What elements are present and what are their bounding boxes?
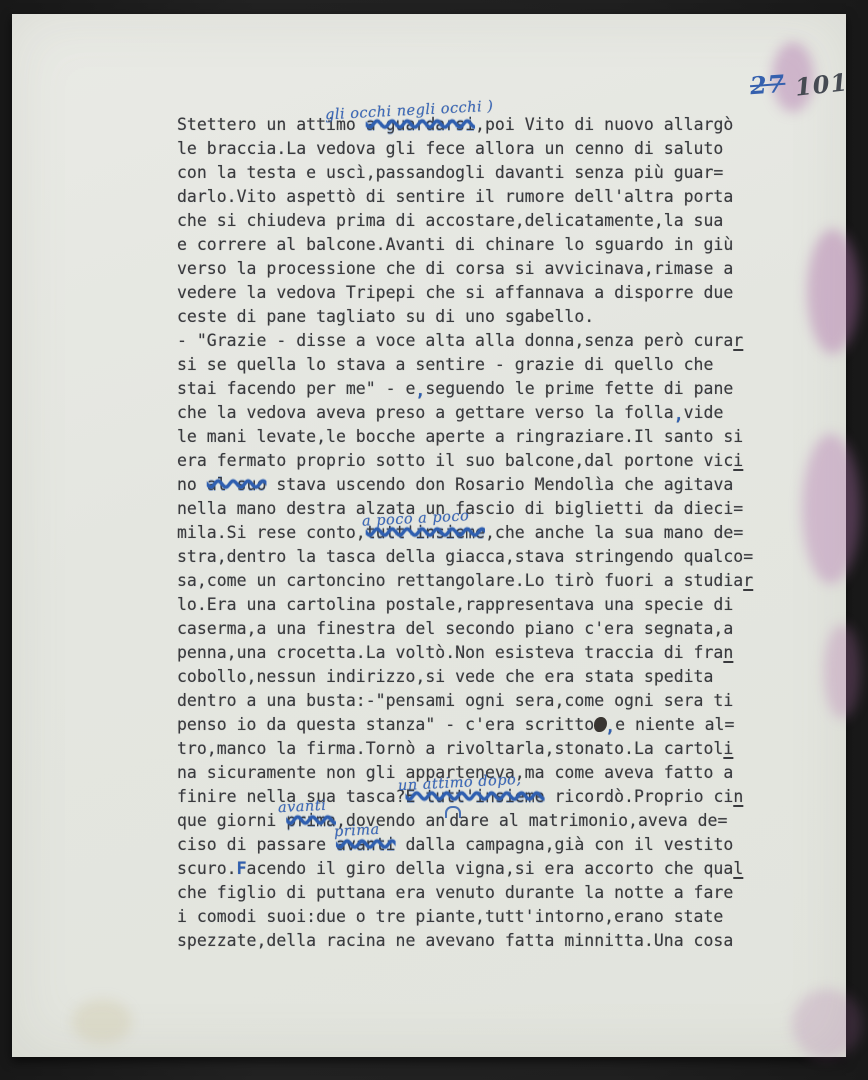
text-line: dentro a una busta:-"pensami ogni sera,c… xyxy=(177,689,777,713)
inserted-comma: , xyxy=(674,403,684,427)
continuation-underline: r xyxy=(743,571,753,590)
typed-text: dare al matrimonio,aveva de= xyxy=(449,811,727,830)
text-line: ciso di passare avanti dalla campagna,gi… xyxy=(177,833,777,857)
typed-text: ceste di pane tagliato su di uno sgabell… xyxy=(177,307,594,326)
continuation-underline: n xyxy=(733,787,743,806)
typed-text: e correre al balcone.Avanti di chinare l… xyxy=(177,235,733,254)
handwritten-note: avanti xyxy=(278,794,327,820)
paper-stain xyxy=(72,999,132,1044)
page-numbers: 27101 xyxy=(750,70,849,99)
text-line: Stettero un attimo a guardarsi,poi Vito … xyxy=(177,113,777,137)
typed-text: scuro. xyxy=(177,859,237,878)
typed-text: le braccia.La vedova gli fece allora un … xyxy=(177,139,723,158)
text-line: tro,manco la firma.Tornò a rivoltarla,st… xyxy=(177,737,777,761)
continuation-underline: l xyxy=(733,859,743,878)
typed-text: sa,come un cartoncino rettangolare.Lo ti… xyxy=(177,571,743,590)
text-line: si se quella lo stava a sentire - grazie… xyxy=(177,353,777,377)
text-line: - "Grazie - disse a voce alta alla donna… xyxy=(177,329,777,353)
typed-text: penna,una crocetta.La voltò.Non esisteva… xyxy=(177,643,723,662)
text-line: le braccia.La vedova gli fece allora un … xyxy=(177,137,777,161)
typed-text: che si chiudeva prima di accostare,delic… xyxy=(177,211,723,230)
text-line: i comodi suoi:due o tre piante,tutt'into… xyxy=(177,905,777,929)
text-line: verso la processione che di corsa si avv… xyxy=(177,257,777,281)
page-number-struck: 27 xyxy=(749,69,786,100)
text-line: finire nella sua tasca?E tutt'insieme ri… xyxy=(177,785,777,809)
text-line: era fermato proprio sotto il suo balcone… xyxy=(177,449,777,473)
typed-text: ricordò.Proprio ci xyxy=(545,787,734,806)
typescript-page: 27101 Stettero un attimo a guardarsi,poi… xyxy=(12,14,846,1057)
typed-text: era fermato proprio sotto il suo balcone… xyxy=(177,451,733,470)
inserted-comma: , xyxy=(415,379,425,403)
typed-text: vide xyxy=(684,403,724,422)
text-line: penna,una crocetta.La voltò.Non esisteva… xyxy=(177,641,777,665)
typed-text: dalla campagna,già con il vestito xyxy=(396,835,734,854)
typed-text: che figlio di puttana era venuto durante… xyxy=(177,883,733,902)
text-line: che la vedova aveva preso a gettare vers… xyxy=(177,401,777,425)
text-line: lo.Era una cartolina postale,rappresenta… xyxy=(177,593,777,617)
text-line: sa,come un cartoncino rettangolare.Lo ti… xyxy=(177,569,777,593)
text-line: no al suo stava uscendo don Rosario Mend… xyxy=(177,473,777,497)
text-line: stra,dentro la tasca della giacca,stava … xyxy=(177,545,777,569)
continuation-underline: i xyxy=(723,739,733,758)
text-line: e correre al balcone.Avanti di chinare l… xyxy=(177,233,777,257)
typed-text: le mani levate,le bocche aperte a ringra… xyxy=(177,427,743,446)
typed-text: stai facendo per me" - e xyxy=(177,379,415,398)
typed-text: verso la processione che di corsa si avv… xyxy=(177,259,733,278)
text-line: che si chiudeva prima di accostare,delic… xyxy=(177,209,777,233)
text-line: vedere la vedova Tripepi che si affannav… xyxy=(177,281,777,305)
handwritten-note: prima xyxy=(333,818,380,844)
text-line: caserma,a una finestra del secondo piano… xyxy=(177,617,777,641)
text-line: spezzate,della racina ne avevano fatta m… xyxy=(177,929,777,953)
typed-text: lo.Era una cartolina postale,rappresenta… xyxy=(177,595,733,614)
typed-text: che la vedova aveva preso a gettare vers… xyxy=(177,403,674,422)
typed-text: seguendo le prime fette di pane xyxy=(425,379,733,398)
typed-text: caserma,a una finestra del secondo piano… xyxy=(177,619,733,638)
typed-text: e niente al= xyxy=(615,715,734,734)
typed-text: i comodi suoi:due o tre piante,tutt'into… xyxy=(177,907,723,926)
typed-text: mila.Si rese conto, xyxy=(177,523,366,542)
typed-text: no xyxy=(177,475,207,494)
page-number-current: 101 xyxy=(794,67,850,101)
text-line: con la testa e uscì,passandogli davanti … xyxy=(177,161,777,185)
text-line: cobollo,nessun indirizzo,si vede che era… xyxy=(177,665,777,689)
typed-text: penso io da questa stanza" - c'era scrit… xyxy=(177,715,594,734)
typed-text: vedere la vedova Tripepi che si affannav… xyxy=(177,283,733,302)
typescript-text: Stettero un attimo a guardarsi,poi Vito … xyxy=(177,113,777,953)
continuation-underline: i xyxy=(733,451,743,470)
text-line: nella mano destra alzata un fascio di bi… xyxy=(177,497,777,521)
text-line: stai facendo per me" - e,seguendo le pri… xyxy=(177,377,777,401)
text-line: mila.Si rese conto,tutt'insieme,che anch… xyxy=(177,521,777,545)
text-line: penso io da questa stanza" - c'era scrit… xyxy=(177,713,777,737)
corrected-letter: F xyxy=(237,859,247,878)
text-line: che figlio di puttana era venuto durante… xyxy=(177,881,777,905)
typed-text: que giorni xyxy=(177,811,286,830)
typed-text: ,che anche la sua mano de= xyxy=(485,523,743,542)
continuation-underline: r xyxy=(733,331,743,350)
typed-text: stava uscendo don Rosario Mendolìa che a… xyxy=(266,475,733,494)
typed-text: acendo il giro della vigna,si era accort… xyxy=(247,859,734,878)
typed-text: stra,dentro la tasca della giacca,stava … xyxy=(177,547,753,566)
continuation-underline: n xyxy=(723,643,733,662)
typed-text: dentro a una busta:-"pensami ogni sera,c… xyxy=(177,691,733,710)
text-line: le mani levate,le bocche aperte a ringra… xyxy=(177,425,777,449)
typed-text: spezzate,della racina ne avevano fatta m… xyxy=(177,931,733,950)
typed-text: tro,manco la firma.Tornò a rivoltarla,st… xyxy=(177,739,723,758)
typed-text: si se quella lo stava a sentire - grazie… xyxy=(177,355,713,374)
typed-text: - "Grazie - disse a voce alta alla donna… xyxy=(177,331,733,350)
inserted-comma: , xyxy=(605,715,615,739)
typed-text: con la testa e uscì,passandogli davanti … xyxy=(177,163,723,182)
typed-text: cobollo,nessun indirizzo,si vede che era… xyxy=(177,667,713,686)
typed-text: ,poi Vito di nuovo allargò xyxy=(475,115,733,134)
text-line: ceste di pane tagliato su di uno sgabell… xyxy=(177,305,777,329)
text-line: scuro.Facendo il giro della vigna,si era… xyxy=(177,857,777,881)
text-line: darlo.Vito aspettò di sentire il rumore … xyxy=(177,185,777,209)
struck-text: al suo xyxy=(207,475,267,494)
text-line: que giorni prima,dovendo andare al matri… xyxy=(177,809,777,833)
typed-text: ciso di passare xyxy=(177,835,336,854)
typed-text: darlo.Vito aspettò di sentire il rumore … xyxy=(177,187,733,206)
